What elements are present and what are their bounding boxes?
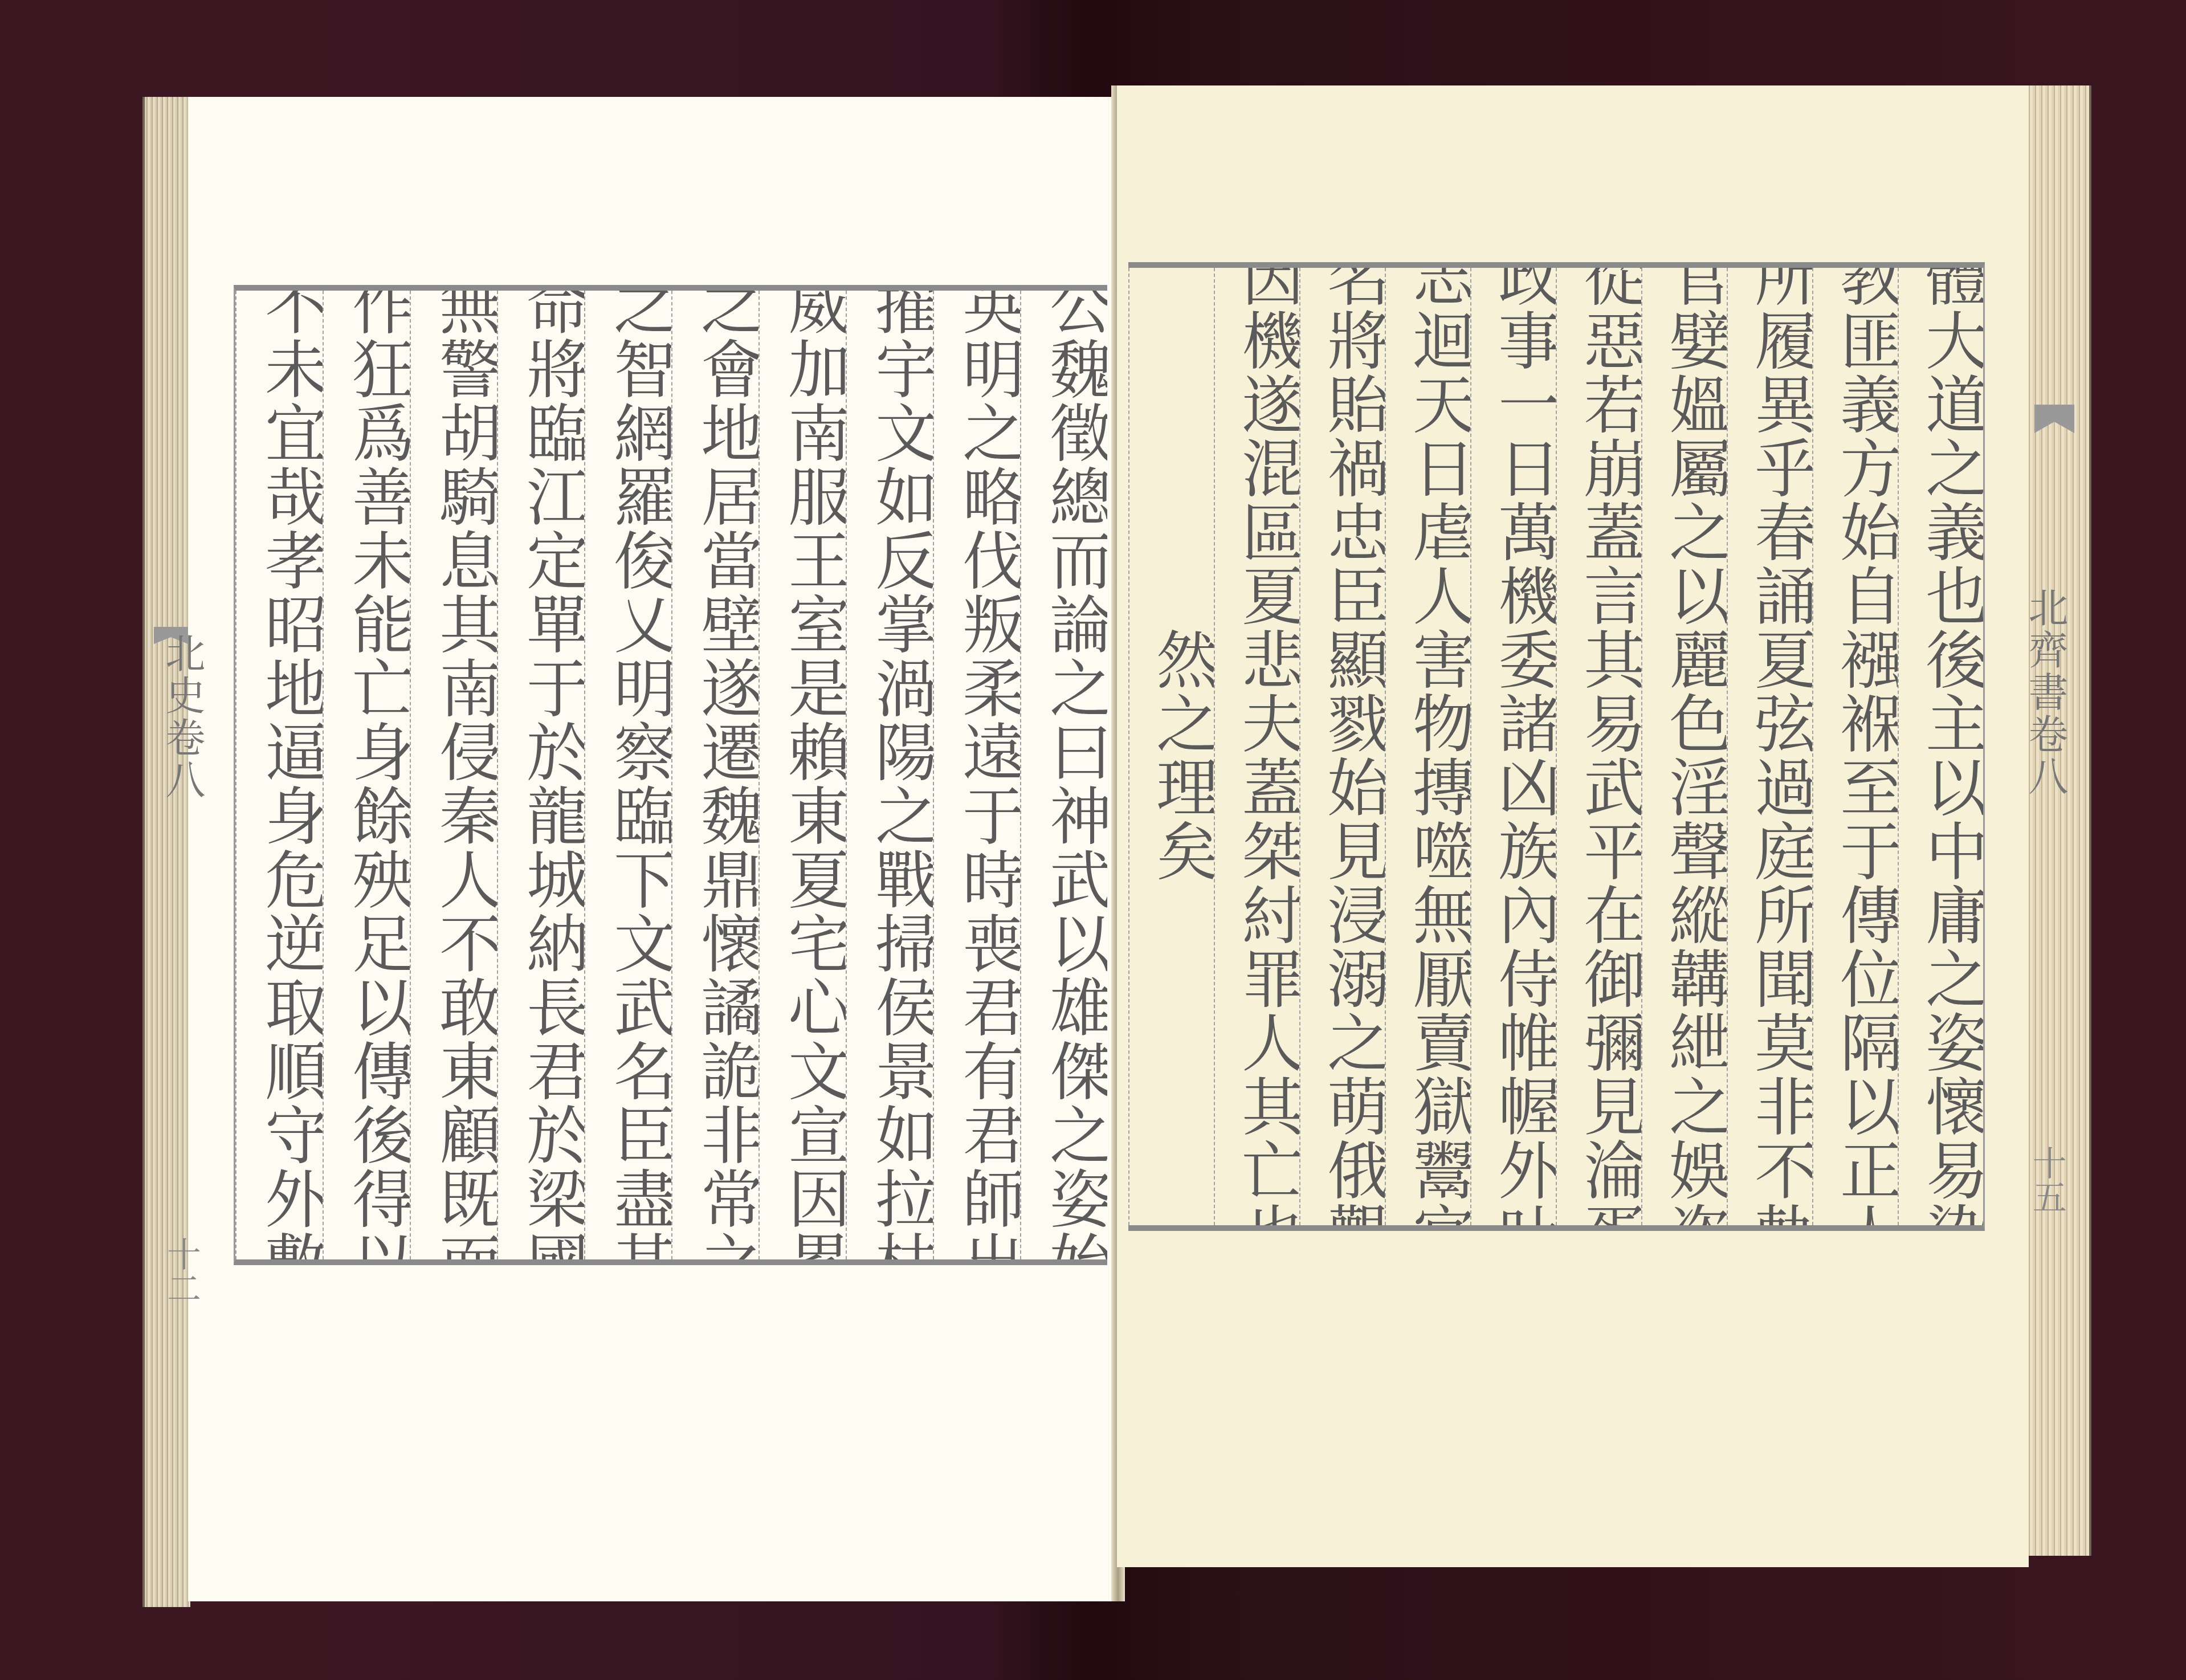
text-frame: 鄭文貞公魏徵總而論之曰神武以雄傑之姿始基霸業 文襄以英明之略伐叛柔遠于時喪君有君…: [234, 285, 1107, 1265]
text-column: 實疆埸無警胡騎息其南侵秦人不敢東顧既而荒淫敗: [410, 291, 497, 1259]
text-column: 也亂嗣不未宜哉孝昭地逼身危逆取順守外敷文教內: [235, 291, 323, 1259]
folio-number: 十二: [157, 1237, 206, 1305]
text-column: 道養德所履異乎春誦夏弦過庭所聞莫非不軌不物輔: [1727, 268, 1812, 1225]
text-column: 滿重以名將貽禍忠臣顯戮始見浸溺之萌俄觀土崩之: [1299, 268, 1385, 1225]
open-book: 北史卷八 十二 鄭文貞公魏徵總而論之曰神武以雄傑之姿始基霸業 文襄以英明之略伐叛…: [142, 85, 2091, 1624]
fore-edge-left: [142, 97, 190, 1607]
text-column: 言先訓教匪義方始自襁褓至于傳位隔以正人閉其善: [1812, 268, 1898, 1225]
text-column: 戎出塞命將臨江定單于於龍城納長君於梁國外內充: [497, 291, 584, 1259]
text-column: 厲風霜志迴天日虐人害物摶噬無厭賣獄鬻官溪壑難: [1385, 268, 1470, 1225]
text-column: 好語曰從惡若崩蓋言其易武平在御彌見淪胥罕接朝: [1556, 268, 1641, 1225]
right-page: 北齊書卷八 十五 命任天體大道之義也後主以中庸之姿懷易染之性永 言先訓教匪義方始…: [1117, 85, 2029, 1567]
text-column: 鄭文貞公魏徵總而論之曰神武以雄傑之姿始基霸業: [1020, 291, 1107, 1259]
text-column: 德罔念作狂爲善未能亡身餘殃足以傳後得以壽終幸: [323, 291, 410, 1259]
banxin-title: 北史卷八: [154, 633, 211, 801]
banxin-title: 北齊書卷八: [2017, 587, 2074, 798]
text-column: 奇不測之智網羅俊乂明察臨下文武名臣盡其力用親: [584, 291, 671, 1259]
text-column: 士不親政事一日萬機委諸凶族內侍帷幄外吐絲綸威: [1470, 268, 1556, 1225]
left-page: 北史卷八 十二 鄭文貞公魏徵總而論之曰神武以雄傑之姿始基霸業 文襄以英明之略伐叛…: [188, 97, 1117, 1601]
text-column: 陰之役摧宇文如反掌渦陽之戰掃侯景如拉枯故能氣: [846, 291, 933, 1259]
text-column: 然之理矣: [1128, 268, 1214, 1225]
text-column: 命任天體大道之義也後主以中庸之姿懷易染之性永: [1898, 268, 1983, 1225]
text-column: 勢周武因機遂混區夏悲夫蓋桀紂罪人其亡也忽焉自: [1214, 268, 1299, 1225]
fore-edge-right: [2026, 85, 2091, 1556]
folio-number: 十五: [2022, 1145, 2071, 1214]
text-column: 懾西鄰威加南服王室是賴東夏宅心文宣因累世之資: [758, 291, 846, 1259]
text-column: 之以中官嬖媼屬之以麗色淫聲縱韝紲之娛恣朋淫之: [1641, 268, 1727, 1225]
text-column: 膺樂推之會地居當壁遂遷魏鼎懷譎詭非常之才運屈: [671, 291, 758, 1259]
text-frame: 命任天體大道之義也後主以中庸之姿懷易染之性永 言先訓教匪義方始自襁褓至于傳位隔以…: [1128, 262, 1985, 1231]
text-column: 文襄以英明之略伐叛柔遠于時喪君有君師出以律河: [933, 291, 1020, 1259]
